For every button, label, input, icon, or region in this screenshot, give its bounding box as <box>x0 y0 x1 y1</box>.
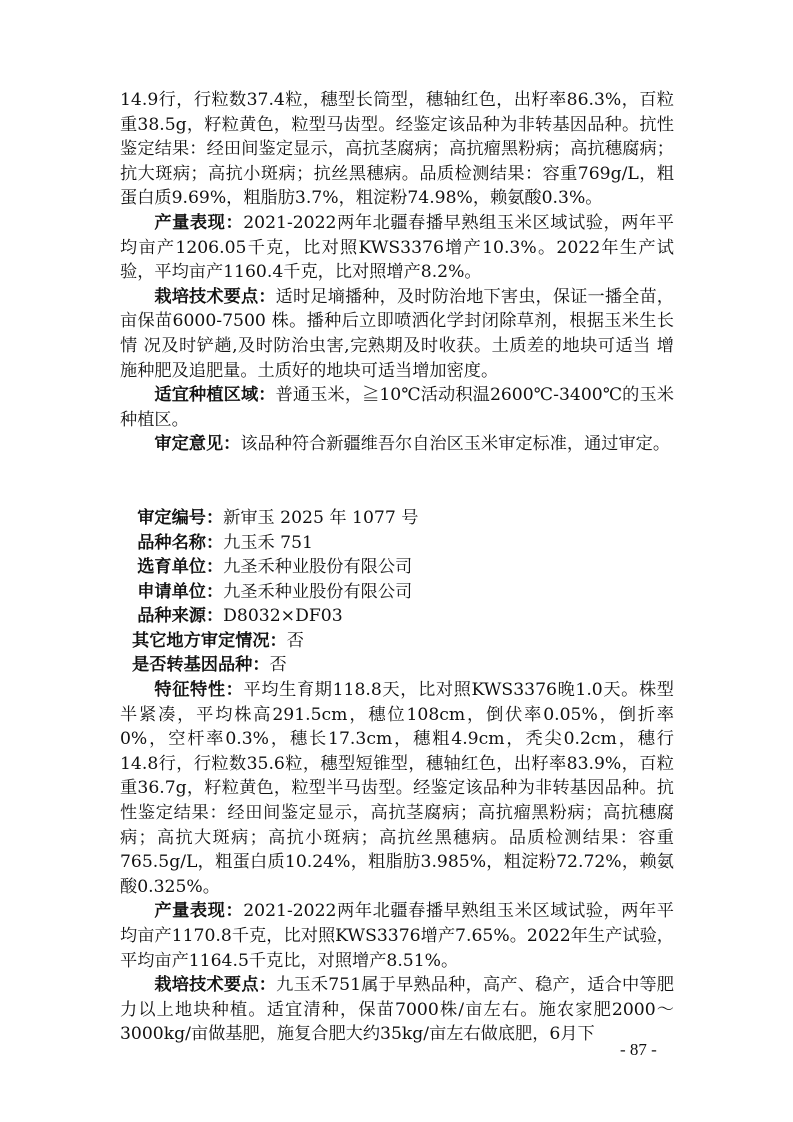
variety-name-value: 九玉禾 751 <box>223 533 313 553</box>
applicant-label: 申请单位： <box>137 582 223 602</box>
breeder: 选育单位：九圣禾种业股份有限公司 <box>120 555 674 580</box>
gmo-status: 是否转基因品种：否 <box>120 653 674 678</box>
applicant: 申请单位：九圣禾种业股份有限公司 <box>120 580 674 605</box>
variety1-yield-label: 产量表现： <box>154 213 243 233</box>
gmo-status-value: 否 <box>270 655 287 675</box>
variety1-cultivation: 栽培技术要点：适时足墒播种，及时防治地下害虫，保证一播全苗，亩保苗6000-75… <box>120 285 674 383</box>
breeder-label: 选育单位： <box>137 557 223 577</box>
variety2-traits: 特征特性：平均生育期118.8天，比对照KWS3376晚1.0天。株型半紧凑，平… <box>120 678 674 899</box>
variety-source-label: 品种来源： <box>137 606 223 626</box>
variety-name-label: 品种名称： <box>137 533 223 553</box>
document-page: 14.9行，行粒数37.4粒，穗型长筒型，穗轴红色，出籽率86.3%，百粒重38… <box>120 88 674 1047</box>
variety-source: 品种来源：D8032×DF03 <box>120 604 674 629</box>
other-approval-value: 否 <box>287 631 304 651</box>
variety1-opinion-label: 审定意见： <box>154 434 240 454</box>
variety2-traits-text: 平均生育期118.8天，比对照KWS3376晚1.0天。株型半紧凑，平均株高29… <box>120 680 674 897</box>
variety-name: 品种名称：九玉禾 751 <box>120 531 674 556</box>
variety1-yield: 产量表现：2021-2022两年北疆春播早熟组玉米区域试验，两年平均亩产1206… <box>120 211 674 285</box>
other-approval-label: 其它地方审定情况： <box>132 631 287 651</box>
other-approval: 其它地方审定情况：否 <box>120 629 674 654</box>
variety1-cultivation-label: 栽培技术要点： <box>154 287 275 307</box>
variety2-traits-label: 特征特性： <box>154 680 243 700</box>
variety1-opinion-text: 该品种符合新疆维吾尔自治区玉米审定标准，通过审定。 <box>240 434 670 454</box>
variety1-region: 适宜种植区域：普通玉米，≧10℃活动积温2600℃-3400℃的玉米种植区。 <box>120 383 674 432</box>
section-gap <box>120 457 674 506</box>
approval-number-label: 审定编号： <box>137 508 223 528</box>
variety-source-value: D8032×DF03 <box>223 606 343 626</box>
approval-number: 审定编号：新审玉 2025 年 1077 号 <box>120 506 674 531</box>
variety2-yield: 产量表现：2021-2022两年北疆春播早熟组玉米区域试验，两年平均亩产1170… <box>120 899 674 973</box>
breeder-value: 九圣禾种业股份有限公司 <box>223 557 412 577</box>
variety1-opinion: 审定意见：该品种符合新疆维吾尔自治区玉米审定标准，通过审定。 <box>120 432 674 457</box>
variety2-yield-label: 产量表现： <box>154 901 243 921</box>
variety2-cultivation-label: 栽培技术要点： <box>154 975 276 995</box>
variety2-cultivation: 栽培技术要点：九玉禾751属于早熟品种，高产、稳产，适合中等肥力以上地块种植。适… <box>120 973 674 1047</box>
gmo-status-label: 是否转基因品种： <box>132 655 270 675</box>
page-number: - 87 - <box>620 1040 657 1060</box>
variety1-traits-continued: 14.9行，行粒数37.4粒，穗型长筒型，穗轴红色，出籽率86.3%，百粒重38… <box>120 88 674 211</box>
variety1-region-label: 适宜种植区域： <box>154 385 275 405</box>
approval-number-value: 新审玉 2025 年 1077 号 <box>223 508 418 528</box>
applicant-value: 九圣禾种业股份有限公司 <box>223 582 412 602</box>
